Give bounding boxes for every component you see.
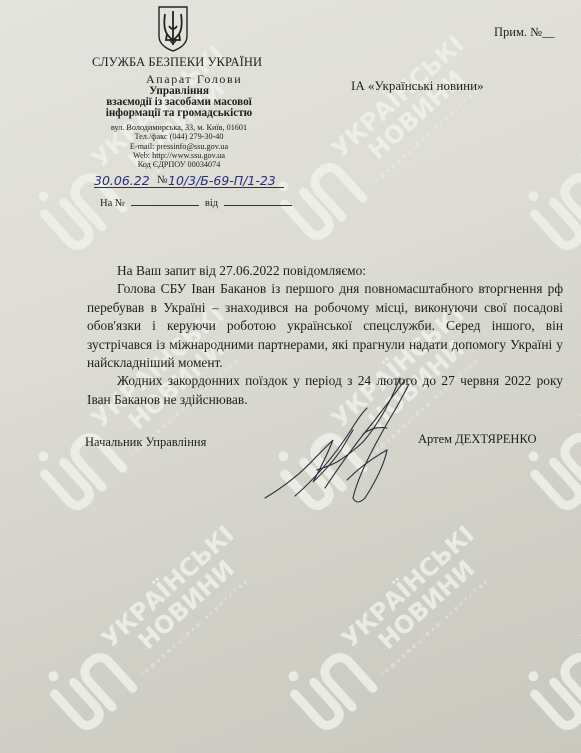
ui-logo-icon bbox=[522, 638, 581, 729]
svg-text:інформаційне агентство: інформаційне агентство bbox=[380, 576, 491, 677]
address: вул. Володимирська, 33, м. Київ, 01601 bbox=[104, 123, 254, 132]
document-page: УКРАЇНСЬКІНОВИНИінформаційне агентствоУК… bbox=[0, 0, 581, 753]
trident-coat-of-arms-icon bbox=[158, 6, 188, 52]
number-sign: № bbox=[157, 174, 168, 186]
signatory-position: Начальник Управління bbox=[85, 435, 206, 450]
ui-logo-icon bbox=[282, 638, 373, 729]
ui-logo-icon bbox=[522, 158, 581, 249]
svg-text:УКРАЇНСЬКІ: УКРАЇНСЬКІ bbox=[335, 520, 479, 654]
in-reply-from-label: від bbox=[205, 198, 218, 209]
watermark: УКРАЇНСЬКІНОВИНИінформаційне агентство bbox=[260, 500, 520, 725]
svg-text:НОВИНИ: НОВИНИ bbox=[133, 555, 240, 655]
in-reply-number-blank bbox=[131, 195, 199, 206]
svg-text:УКРАЇНСЬКІ: УКРАЇНСЬКІ bbox=[575, 300, 581, 434]
body-paragraph: Голова СБУ Іван Баканов із першого дня п… bbox=[87, 280, 563, 372]
svg-text:НОВИНИ: НОВИНИ bbox=[373, 555, 480, 655]
outgoing-number: 10/3/Б-69-П/1-23 bbox=[168, 173, 276, 188]
edrpou-code: Код ЄДРПОУ 00034074 bbox=[104, 160, 254, 169]
svg-text:УКРАЇНСЬКІ: УКРАЇНСЬКІ bbox=[575, 520, 581, 654]
website: Web: http://www.ssu.gov.ua bbox=[104, 151, 254, 160]
recipient: ІА «Українські новини» bbox=[351, 78, 484, 94]
in-reply-date-blank bbox=[224, 195, 292, 206]
svg-text:УКРАЇНСЬКІ: УКРАЇНСЬКІ bbox=[325, 30, 469, 164]
in-reply-label: На № bbox=[100, 198, 125, 209]
outgoing-date: 30.06.22 bbox=[94, 173, 150, 188]
phone-fax: Тел./факс (044) 279-30-40 bbox=[104, 132, 254, 141]
organization-name: СЛУЖБА БЕЗПЕКИ УКРАЇНИ bbox=[92, 55, 262, 70]
svg-text:інформаційне агентство: інформаційне агентство bbox=[140, 576, 251, 677]
copy-mark: Прим. №__ bbox=[494, 25, 555, 40]
email: E-mail: pressinfo@ssu.gov.ua bbox=[104, 142, 254, 151]
in-reply-to: На №від bbox=[100, 195, 298, 209]
department-line: інформації та громадськістю bbox=[95, 108, 263, 119]
ui-logo-icon bbox=[42, 638, 133, 729]
handwritten-signature bbox=[255, 370, 425, 510]
outgoing-registration: 30.06.22 № 10/3/Б-69-П/1-23 bbox=[94, 173, 294, 189]
ui-logo-icon bbox=[32, 418, 123, 509]
watermark: УКРАЇНСЬКІНОВИНИінформаційне агентство bbox=[500, 20, 581, 245]
watermark: УКРАЇНСЬКІНОВИНИінформаційне агентство bbox=[500, 500, 581, 725]
watermark: УКРАЇНСЬКІНОВИНИінформаційне агентство bbox=[20, 500, 280, 725]
svg-text:УКРАЇНСЬКІ: УКРАЇНСЬКІ bbox=[95, 520, 239, 654]
department-name: Управління взаємодії із засобами масової… bbox=[95, 86, 263, 119]
signatory-name: Артем ДЕХТЯРЕНКО bbox=[418, 432, 537, 447]
body-paragraph: На Ваш запит від 27.06.2022 повідомляємо… bbox=[87, 262, 563, 280]
svg-text:інформаційне агентство: інформаційне агентство bbox=[370, 86, 481, 187]
svg-text:УКРАЇНСЬКІ: УКРАЇНСЬКІ bbox=[575, 40, 581, 174]
contact-block: вул. Володимирська, 33, м. Київ, 01601 Т… bbox=[104, 123, 254, 169]
